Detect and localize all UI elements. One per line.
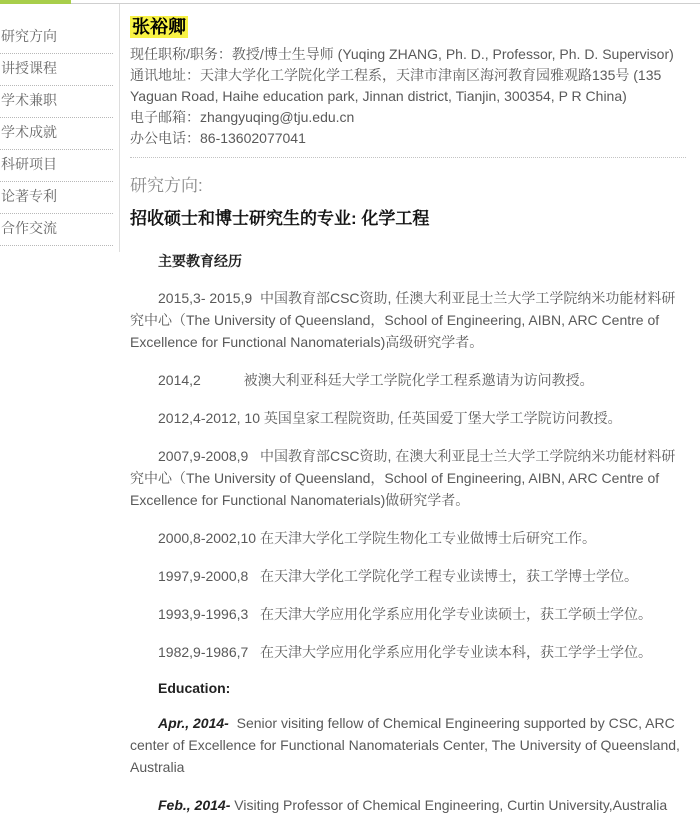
entry-period: 2007,9-2008,9 bbox=[158, 448, 248, 464]
entry-period: 2012,4-2012, 10 bbox=[158, 410, 260, 426]
admission-majors-line: 招收硕士和博士研究生的专业: 化学工程 bbox=[130, 204, 686, 229]
entry-text: 在天津大学应用化学系应用化学专业读本科，获工学学士学位。 bbox=[248, 644, 652, 660]
education-cn-entry: 2007,9-2008,9 中国教育部CSC资助, 在澳大利亚昆士兰大学工学院纳… bbox=[130, 445, 686, 511]
education-cn-heading: 主要教育经历 bbox=[130, 251, 686, 271]
education-en-entry: Apr., 2014- Senior visiting fellow of Ch… bbox=[130, 712, 686, 778]
entry-period: 1997,9-2000,8 bbox=[158, 568, 248, 584]
address-label: 通讯地址： bbox=[130, 67, 200, 83]
title-value: 教授/博士生导师 (Yuqing ZHANG, Ph. D., Professo… bbox=[232, 46, 674, 62]
entry-date: Apr., 2014- bbox=[158, 715, 229, 731]
education-cn-entry: 2000,8-2002,10 在天津大学化工学院生物化工专业做博士后研究工作。 bbox=[130, 527, 686, 549]
entry-text: Visiting Professor of Chemical Engineeri… bbox=[230, 797, 667, 813]
sidebar-item-academic-achievements[interactable]: 学术成就 bbox=[0, 124, 113, 150]
entry-text: 被澳大利亚科廷大学工学院化学工程系邀请为访问教授。 bbox=[201, 372, 594, 388]
email-line: 电子邮箱：zhangyuqing@tju.edu.cn bbox=[130, 107, 686, 128]
phone-line: 办公电话：86-13602077041 bbox=[130, 128, 686, 149]
sidebar-item-courses-taught[interactable]: 讲授课程 bbox=[0, 60, 113, 86]
sidebar-item-research-projects[interactable]: 科研项目 bbox=[0, 156, 113, 182]
sidebar-item-cooperation-exchange[interactable]: 合作交流 bbox=[0, 220, 113, 246]
email-label: 电子邮箱： bbox=[130, 109, 200, 125]
entry-text: 在天津大学化工学院生物化工专业做博士后研究工作。 bbox=[256, 530, 596, 546]
address-value: 天津大学化工学院化学工程系，天津市津南区海河教育园雅观路135号 (135 Ya… bbox=[130, 67, 661, 104]
name-line: 张裕卿 bbox=[130, 13, 686, 39]
sidebar-item-academic-positions[interactable]: 学术兼职 bbox=[0, 92, 113, 118]
education-en-entry: Feb., 2014- Visiting Professor of Chemic… bbox=[130, 794, 686, 816]
education-cn-entry: 1993,9-1996,3 在天津大学应用化学系应用化学专业读硕士，获工学硕士学… bbox=[130, 603, 686, 625]
profile-content: 张裕卿 现任职称/职务：教授/博士生导师 (Yuqing ZHANG, Ph. … bbox=[130, 4, 686, 816]
phone-value: 86-13602077041 bbox=[200, 130, 306, 146]
education-cn-entry: 2012,4-2012, 10 英国皇家工程院资助, 任英国爱丁堡大学工学院访问… bbox=[130, 407, 686, 429]
email-value: zhangyuqing@tju.edu.cn bbox=[200, 109, 354, 125]
entry-period: 1993,9-1996,3 bbox=[158, 606, 248, 622]
entry-period: 2015,3- 2015,9 bbox=[158, 290, 252, 306]
entry-period: 2014,2 bbox=[158, 372, 201, 388]
sidebar-nav: 研究方向 讲授课程 学术兼职 学术成就 科研项目 论著专利 合作交流 bbox=[0, 4, 120, 252]
top-divider bbox=[0, 0, 700, 4]
address-line: 通讯地址：天津大学化工学院化学工程系，天津市津南区海河教育园雅观路135号 (1… bbox=[130, 65, 686, 107]
contact-block: 张裕卿 现任职称/职务：教授/博士生导师 (Yuqing ZHANG, Ph. … bbox=[130, 13, 686, 158]
education-cn-entry: 2015,3- 2015,9 中国教育部CSC资助, 任澳大利亚昆士兰大学工学院… bbox=[130, 287, 686, 353]
education-en-heading: Education: bbox=[130, 680, 686, 696]
sidebar-item-research-direction[interactable]: 研究方向 bbox=[0, 28, 113, 54]
section-heading-research-direction: 研究方向: bbox=[130, 171, 686, 196]
entry-period: 1982,9-1986,7 bbox=[158, 644, 248, 660]
entry-text: 在天津大学应用化学系应用化学专业读硕士，获工学硕士学位。 bbox=[248, 606, 652, 622]
phone-label: 办公电话： bbox=[130, 130, 200, 146]
active-tab-indicator bbox=[0, 0, 71, 4]
title-line: 现任职称/职务：教授/博士生导师 (Yuqing ZHANG, Ph. D., … bbox=[130, 44, 686, 65]
entry-date: Feb., 2014- bbox=[158, 797, 230, 813]
professor-name: 张裕卿 bbox=[130, 16, 188, 38]
education-cn-entry: 1982,9-1986,7 在天津大学应用化学系应用化学专业读本科，获工学学士学… bbox=[130, 641, 686, 663]
education-cn-entry: 2014,2 被澳大利亚科廷大学工学院化学工程系邀请为访问教授。 bbox=[130, 369, 686, 391]
education-cn-entry: 1997,9-2000,8 在天津大学化工学院化学工程专业读博士，获工学博士学位… bbox=[130, 565, 686, 587]
entry-text: 英国皇家工程院资助, 任英国爱丁堡大学工学院访问教授。 bbox=[260, 410, 622, 426]
faculty-profile-page: 研究方向 讲授课程 学术兼职 学术成就 科研项目 论著专利 合作交流 张裕卿 现… bbox=[0, 0, 700, 816]
title-label: 现任职称/职务： bbox=[130, 46, 232, 62]
sidebar-item-publications-patents[interactable]: 论著专利 bbox=[0, 188, 113, 214]
entry-text: 在天津大学化工学院化学工程专业读博士，获工学博士学位。 bbox=[248, 568, 638, 584]
entry-period: 2000,8-2002,10 bbox=[158, 530, 256, 546]
